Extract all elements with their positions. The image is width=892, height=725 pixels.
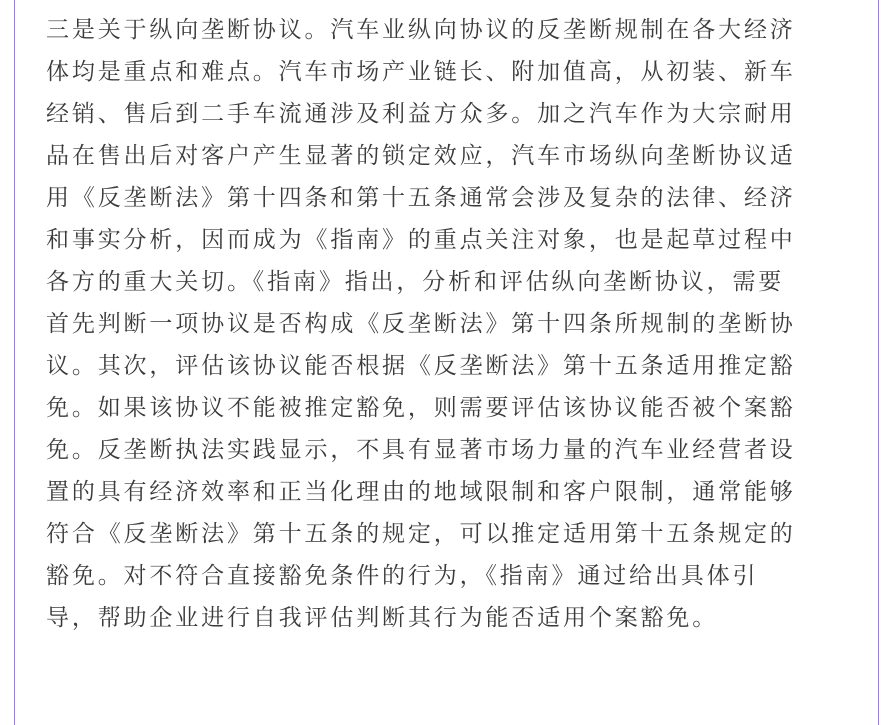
- paragraph-line: 三是关于纵向垄断协议。汽车业纵向协议的反垄断规制在各大经济: [46, 9, 850, 51]
- paragraph-line: 首先判断一项协议是否构成《反垄断法》第十四条所规制的垄断协: [46, 303, 850, 345]
- paragraph-line: 符合《反垄断法》第十五条的规定，可以推定适用第十五条规定的: [46, 513, 850, 555]
- paragraph-line: 免。反垄断执法实践显示，不具有显著市场力量的汽车业经营者设: [46, 429, 850, 471]
- paragraph-line: 体均是重点和难点。汽车市场产业链长、附加值高，从初装、新车: [46, 51, 850, 93]
- paragraph-line: 和事实分析，因而成为《指南》的重点关注对象，也是起草过程中: [46, 219, 850, 261]
- paragraph-line: 经销、售后到二手车流通涉及利益方众多。加之汽车作为大宗耐用: [46, 93, 850, 135]
- paragraph-line: 免。如果该协议不能被推定豁免，则需要评估该协议能否被个案豁: [46, 387, 850, 429]
- article-paragraph: 三是关于纵向垄断协议。汽车业纵向协议的反垄断规制在各大经济 体均是重点和难点。汽…: [46, 9, 850, 639]
- paragraph-line: 用《反垄断法》第十四条和第十五条通常会涉及复杂的法律、经济: [46, 177, 850, 219]
- paragraph-line: 各方的重大关切。《指南》指出，分析和评估纵向垄断协议，需要: [46, 261, 850, 303]
- paragraph-line: 品在售出后对客户产生显著的锁定效应，汽车市场纵向垄断协议适: [46, 135, 850, 177]
- paragraph-line: 置的具有经济效率和正当化理由的地域限制和客户限制，通常能够: [46, 471, 850, 513]
- paragraph-line: 豁免。对不符合直接豁免条件的行为，《指南》通过给出具体引: [46, 555, 850, 597]
- paragraph-line: 议。其次，评估该协议能否根据《反垄断法》第十五条适用推定豁: [46, 345, 850, 387]
- paragraph-line: 导，帮助企业进行自我评估判断其行为能否适用个案豁免。: [46, 597, 850, 639]
